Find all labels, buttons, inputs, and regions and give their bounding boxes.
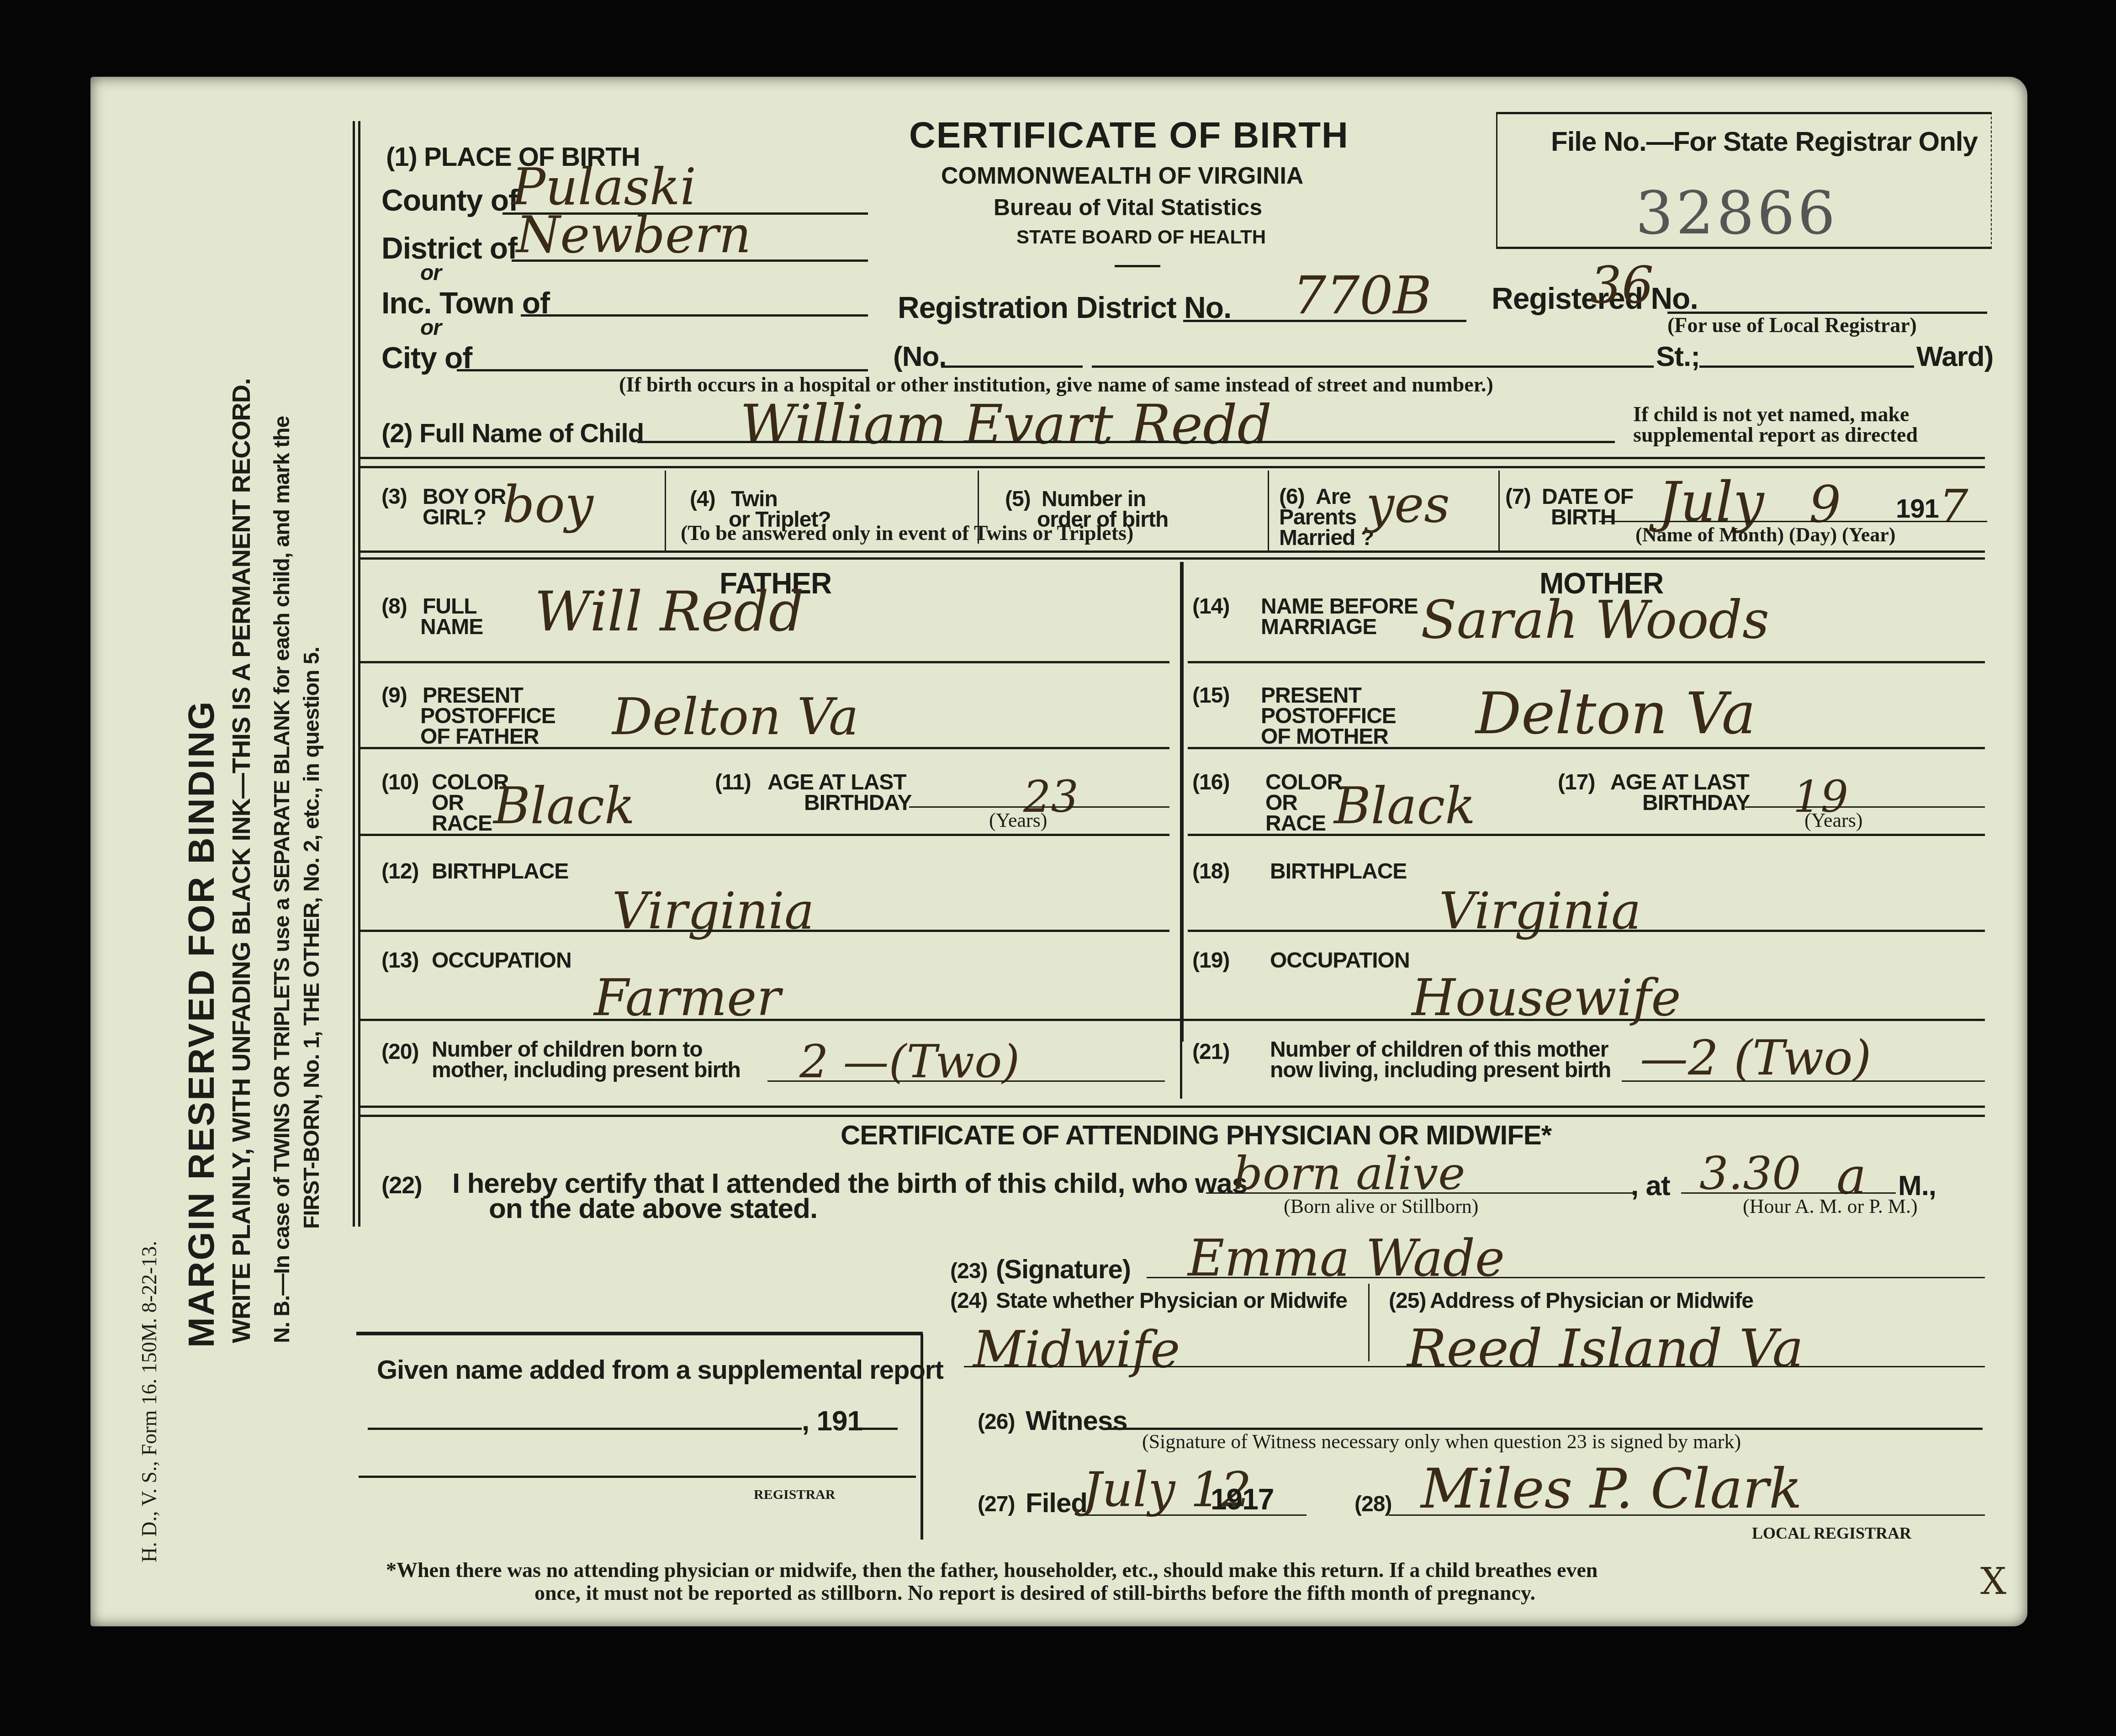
district-value[interactable]: Newbern — [516, 206, 751, 264]
field-number: (8) — [381, 594, 407, 619]
filed-label: Filed — [1026, 1487, 1087, 1519]
commonwealth-subtitle: COMMONWEALTH OF VIRGINIA — [941, 162, 1303, 190]
margin-reserved: MARGIN RESERVED FOR BINDING — [180, 700, 222, 1348]
filed-underline — [1083, 1514, 1307, 1516]
supplemental-registrar-label: REGISTRAR — [754, 1487, 835, 1503]
registration-district-label: Registration District No. — [898, 290, 1231, 325]
section-rule — [359, 1115, 1985, 1117]
child-name-value[interactable]: William Evart Redd — [740, 393, 1272, 456]
signature-label: (Signature) — [996, 1254, 1131, 1285]
father-race-label-3: RACE — [432, 811, 492, 836]
field-number: (19) — [1192, 948, 1229, 973]
registration-district-value[interactable]: 770B — [1293, 265, 1432, 326]
local-registrar-signature[interactable]: Miles P. Clark — [1421, 1457, 1802, 1521]
mother-age-label-2: BIRTHDAY — [1642, 790, 1750, 815]
dob-year-prefix: 191 — [1896, 493, 1939, 524]
twins-note-2: FIRST-BORN, No. 1, THE OTHER, No. 2, etc… — [299, 647, 324, 1229]
county-label: County of — [381, 183, 518, 217]
attendant-underline — [964, 1366, 1985, 1367]
section-rule — [359, 550, 1985, 553]
field-number: (18) — [1192, 859, 1229, 884]
mother-race-value[interactable]: Black — [1334, 777, 1476, 835]
attendant-address-value[interactable]: Reed Island Va — [1407, 1318, 1804, 1379]
father-postoffice-value[interactable]: Delton Va — [612, 688, 859, 746]
children-born-underline — [767, 1080, 1165, 1082]
field-number: (28) — [1354, 1492, 1391, 1517]
row-rule — [359, 930, 1169, 932]
parent-column-divider — [1180, 562, 1184, 1042]
child-name-underline — [637, 441, 1615, 443]
section-rule — [359, 466, 1985, 468]
mother-name-value[interactable]: Sarah Woods — [1421, 589, 1769, 651]
attendant-signature-value[interactable]: Emma Wade — [1188, 1229, 1505, 1287]
field-number: (21) — [1192, 1039, 1229, 1064]
mother-race-label-3: RACE — [1265, 811, 1326, 836]
footnote-line-1: *When there was no attending physician o… — [386, 1558, 1598, 1582]
dob-note: (Name of Month) (Day) (Year) — [1635, 523, 1895, 546]
file-number-value[interactable]: 32866 — [1635, 178, 1838, 248]
attendant-type-value[interactable]: Midwife — [973, 1320, 1180, 1379]
form-id: H. D., V. S., Form 16. 150M. 8-22-13. — [137, 1241, 161, 1562]
born-note: (Born alive or Stillborn) — [1284, 1195, 1479, 1218]
attendant-address-label: Address of Physician or Midwife — [1430, 1288, 1753, 1313]
street-underline — [1092, 365, 1654, 368]
father-name-label-2: NAME — [420, 614, 483, 640]
age-underline — [909, 806, 1169, 808]
street-no-label: (No. — [893, 340, 947, 373]
field-number: (17) — [1558, 770, 1595, 795]
row-rule — [359, 661, 1169, 663]
field-number: (13) — [381, 948, 418, 973]
married-label-3: Married ? — [1279, 525, 1374, 550]
field-number: (5) — [1005, 487, 1031, 512]
father-occupation-value[interactable]: Farmer — [594, 969, 781, 1027]
row-rule — [1188, 834, 1985, 836]
town-underline — [521, 314, 868, 317]
section-rule — [359, 557, 1985, 560]
dob-year-value[interactable]: 7 — [1939, 480, 1968, 533]
certificate-title: CERTIFICATE OF BIRTH — [909, 114, 1349, 156]
cell-divider — [1268, 471, 1269, 553]
field-number: (14) — [1192, 594, 1229, 619]
section-rule — [359, 1106, 1985, 1108]
field-number: (26) — [978, 1409, 1015, 1434]
children-living-underline — [1622, 1080, 1985, 1082]
write-plainly-note: WRITE PLAINLY, WITH UNFADING BLACK INK—T… — [226, 378, 256, 1343]
title-divider — [1115, 265, 1160, 267]
field-number: (16) — [1192, 770, 1229, 795]
field-number: (27) — [978, 1492, 1015, 1517]
cell-divider — [1368, 1284, 1370, 1361]
x-mark: X — [1980, 1560, 2006, 1603]
field-number: (25) — [1389, 1288, 1426, 1313]
supplemental-label: Given name added from a supplemental rep… — [377, 1355, 943, 1385]
field-number: (23) — [950, 1259, 987, 1284]
field-number: (11) — [715, 770, 751, 795]
father-birthplace-label: BIRTHPLACE — [432, 859, 568, 884]
dob-label-2: BIRTH — [1551, 505, 1616, 530]
row-rule — [359, 834, 1169, 836]
sex-value[interactable]: boy — [503, 475, 593, 534]
field-number: (3) — [381, 484, 407, 509]
attendant-heading: CERTIFICATE OF ATTENDING PHYSICIAN OR MI… — [841, 1119, 1551, 1151]
supplemental-year-underline — [859, 1428, 898, 1430]
attendant-type-label: State whether Physician or Midwife — [996, 1288, 1347, 1313]
certify-line-2: on the date above stated. — [489, 1192, 817, 1225]
children-living-value[interactable]: —2 (Two) — [1640, 1030, 1872, 1086]
signature-underline — [1147, 1277, 1985, 1278]
field-number: (22) — [381, 1172, 422, 1199]
row-rule — [1188, 747, 1985, 749]
supplemental-registrar-underline — [359, 1476, 916, 1478]
children-living-label-2: now living, including present birth — [1270, 1058, 1611, 1083]
witness-note: (Signature of Witness necessary only whe… — [1142, 1430, 1741, 1453]
row-rule — [359, 1019, 1985, 1021]
field-number: (15) — [1192, 683, 1229, 708]
unnamed-note-2: supplemental report as directed — [1633, 423, 1918, 447]
hour-note: (Hour A. M. or P. M.) — [1743, 1195, 1918, 1218]
district-no-underline — [1183, 320, 1466, 322]
field-number: (4) — [690, 487, 715, 512]
cell-divider — [1180, 1026, 1182, 1099]
twins-note-1: N. B.—In case of TWINS OR TRIPLETS use a… — [270, 416, 295, 1343]
row-rule — [1188, 661, 1985, 663]
registrar-underline — [1389, 1514, 1985, 1516]
city-underline — [457, 369, 868, 371]
supplemental-name-underline — [368, 1428, 802, 1430]
mother-birthplace-label: BIRTHPLACE — [1270, 859, 1407, 884]
field-number: (10) — [381, 770, 418, 795]
mother-po-label-3: OF MOTHER — [1261, 724, 1388, 749]
father-race-value[interactable]: Black — [493, 777, 635, 835]
hour-underline — [1681, 1192, 1896, 1194]
board-subtitle: STATE BOARD OF HEALTH — [1016, 226, 1266, 248]
section-rule — [359, 457, 1985, 459]
dob-underline — [1599, 521, 1987, 522]
father-po-label-3: OF FATHER — [420, 724, 539, 749]
file-number-label: File No.—For State Registrar Only — [1551, 126, 1978, 157]
father-occupation-label: OCCUPATION — [432, 948, 571, 973]
or-text: or — [420, 315, 441, 340]
binding-rule — [358, 121, 360, 1227]
district-underline — [512, 259, 868, 262]
registered-note: (For use of Local Registrar) — [1667, 313, 1917, 337]
mother-occupation-label: OCCUPATION — [1270, 948, 1410, 973]
local-registrar-title: LOCAL REGISTRAR — [1752, 1524, 1911, 1543]
field-number: (9) — [381, 683, 407, 708]
witness-label: Witness — [1026, 1405, 1127, 1436]
father-age-unit: (Years) — [989, 809, 1047, 832]
binding-rule — [353, 121, 355, 1227]
born-underline — [1206, 1192, 1635, 1194]
mother-postoffice-value[interactable]: Delton Va — [1476, 681, 1756, 747]
row-rule — [1188, 930, 1985, 932]
row-rule — [359, 747, 1169, 749]
district-label: District of — [381, 231, 517, 265]
supplemental-box-top — [356, 1332, 923, 1335]
registered-no-value[interactable]: 36 — [1590, 256, 1654, 314]
supplemental-year: , 191 — [802, 1405, 862, 1437]
street-no-underline — [941, 365, 1083, 368]
bureau-subtitle: Bureau of Vital Statistics — [994, 194, 1262, 221]
child-name-label: (2) Full Name of Child — [381, 418, 644, 449]
parents-married-value[interactable]: yes — [1366, 475, 1450, 534]
at-label: , at — [1631, 1170, 1670, 1202]
mother-occupation-value[interactable]: Housewife — [1412, 969, 1681, 1027]
cell-divider — [1498, 471, 1500, 553]
st-label: St.; — [1656, 340, 1700, 373]
or-text: or — [420, 260, 441, 286]
ward-label: Ward) — [1916, 340, 1993, 373]
children-born-label-2: mother, including present birth — [432, 1058, 741, 1083]
father-name-value[interactable]: Will Redd — [534, 580, 804, 644]
father-age-label-2: BIRTHDAY — [804, 790, 912, 815]
footnote-line-2: once, it must not be reported as stillbo… — [534, 1581, 1535, 1605]
sex-label-2: GIRL? — [423, 505, 486, 530]
cell-divider — [665, 471, 666, 553]
twin-note: (To be answered only in event of Twins o… — [681, 521, 1133, 545]
age-underline — [1745, 806, 1985, 808]
field-number: (7) — [1505, 484, 1531, 509]
mother-age-unit: (Years) — [1804, 809, 1863, 832]
filed-year: 1917 — [1211, 1482, 1274, 1516]
field-number: (24) — [950, 1288, 987, 1313]
field-number: (12) — [381, 859, 418, 884]
mother-name-label-2: MARRIAGE — [1261, 614, 1376, 640]
field-number: (20) — [381, 1039, 418, 1064]
ward-underline — [1699, 365, 1914, 368]
